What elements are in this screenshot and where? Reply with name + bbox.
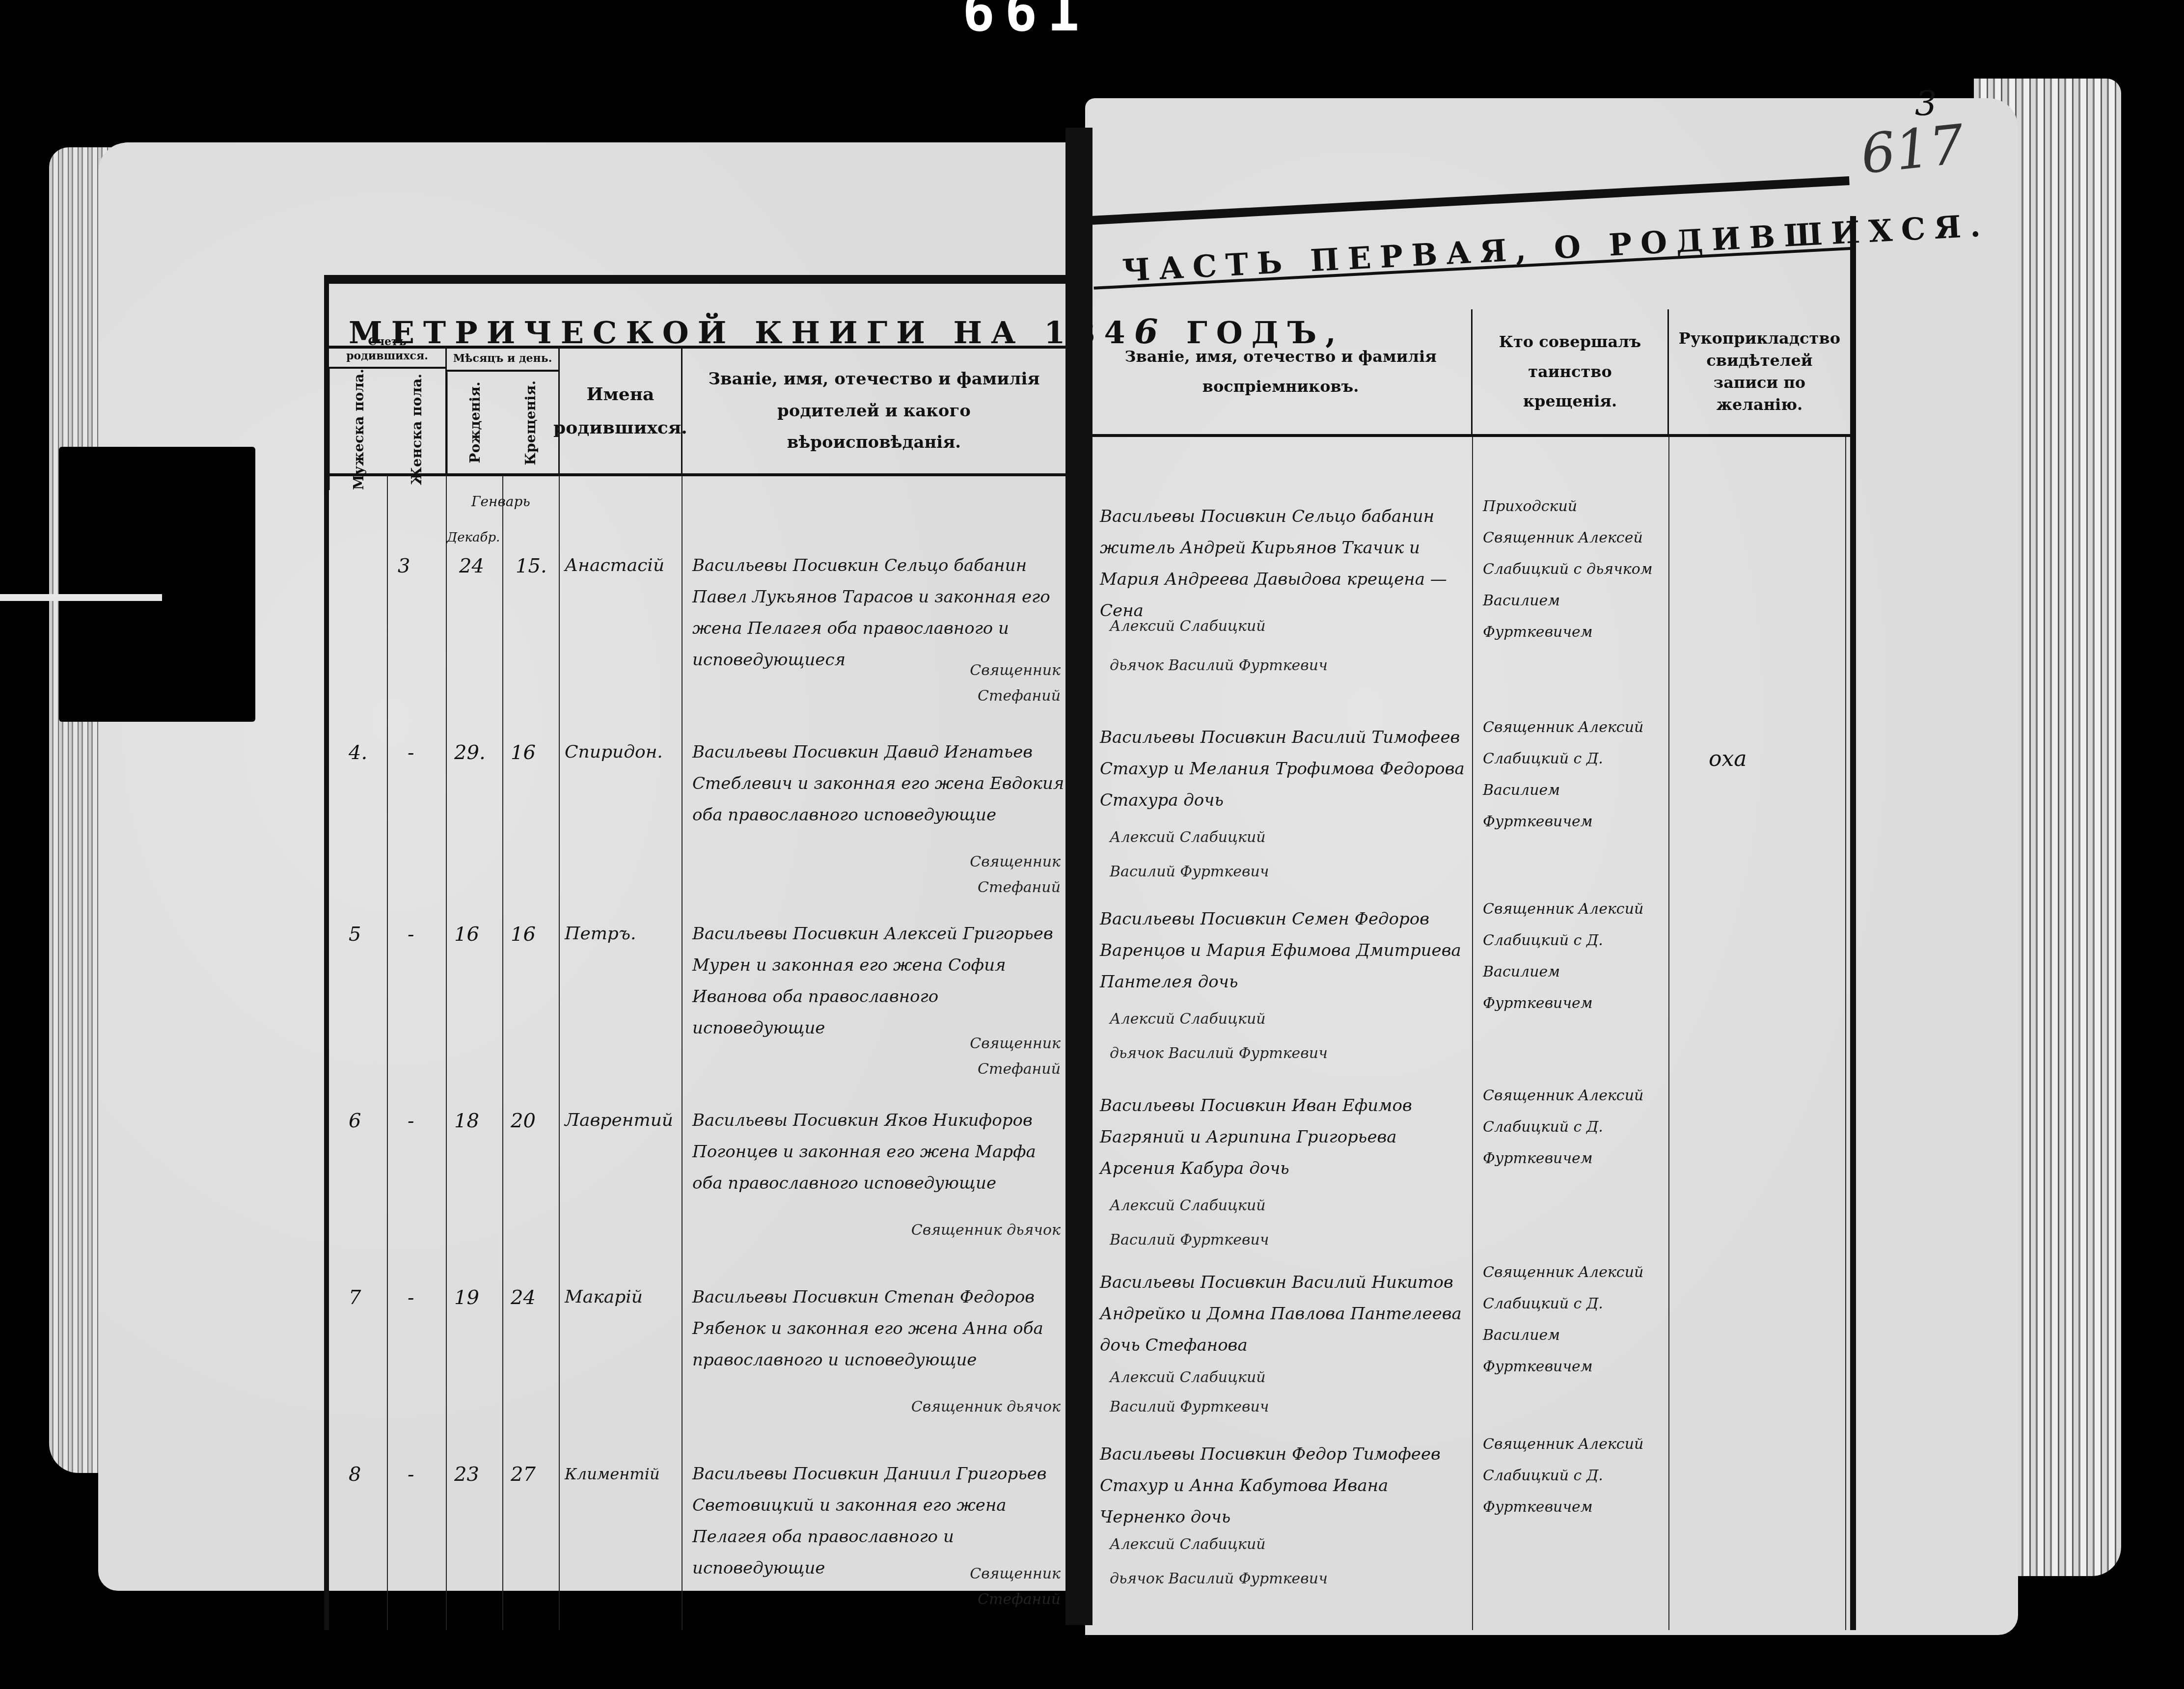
baptism-header: Крещенія. — [503, 372, 559, 473]
entry-male-count: 5 — [349, 923, 361, 946]
male-header: Мужеска пола. — [329, 369, 388, 490]
folio-number: 617 — [1858, 112, 1967, 186]
date-header-group: Мѣсяцъ и день. Рожденія. Крещенія. — [447, 349, 560, 473]
entry-signature: Священник дьячок — [894, 1394, 1061, 1420]
entry-baptism-day: 16 — [511, 923, 536, 946]
godparent-signature: Василий Фурткевич — [1110, 1227, 1404, 1253]
right-header-row: Званіе, имя, отечество и фамилія воспріе… — [1090, 309, 1850, 437]
entry-officiant: Священник Алексий Слабицкий с Д. Василие… — [1483, 894, 1669, 1019]
entry-birth-day: 18 — [454, 1110, 479, 1132]
entry-godparents: Васильевы Посивкин Федор Тимофеев Стахур… — [1100, 1439, 1473, 1533]
entry-godparents: Васильевы Посивкин Семен Федоров Варенцо… — [1100, 903, 1473, 998]
officiant-header: Кто совершалъ таинство крещенія. — [1473, 309, 1669, 434]
parents-header: Званіе, имя, отечество и фамилія родител… — [682, 349, 1065, 473]
entry-baptism-day: 15. — [516, 555, 547, 577]
entry-godparents: Васильевы Посивкин Василий Тимофеев Стах… — [1100, 722, 1473, 816]
left-header-row: Счетъ родившихся. Мужеска пола. Женска п… — [329, 349, 1065, 476]
entry-female-count: - — [408, 1286, 414, 1309]
entry-baptism-day: 27 — [511, 1463, 536, 1486]
female-header: Женска пола. — [388, 369, 446, 490]
entry-parents: Васильевы Посивкин Давид Игнатьев Стебле… — [692, 736, 1065, 831]
microfilm-frame-number: 661 — [962, 0, 1090, 43]
title-prefix: МЕТРИЧЕСКОЙ КНИГИ НА 184 — [349, 315, 1134, 351]
entry-baptism-day: 20 — [511, 1110, 536, 1132]
godparent-signature: дьячок Василий Фурткевич — [1110, 1566, 1404, 1592]
entry-godparents: Васильевы Посивкин Василий Никитов Андре… — [1100, 1267, 1473, 1361]
entry-godparents: Васильевы Посивкин Сельцо бабанин житель… — [1100, 501, 1473, 627]
date-group-label: Мѣсяцъ и день. — [447, 349, 558, 372]
godparents-header: Званіе, имя, отечество и фамилія воспріе… — [1090, 309, 1473, 434]
entry-male-count: 6 — [349, 1110, 361, 1132]
entry-godparents: Васильевы Посивкин Иван Ефимов Багряний … — [1100, 1090, 1473, 1184]
entry-male-count: 8 — [349, 1463, 361, 1486]
right-register-table: ЧАСТЬ ПЕРВАЯ, О РОДИВШИХСЯ. Званіе, имя,… — [1090, 216, 1856, 1630]
godparent-signature: Алексий Слабицкий — [1110, 1532, 1355, 1557]
col-baptism — [503, 476, 560, 1630]
col-blank — [1846, 437, 1850, 1630]
entry-birth-day: 23 — [454, 1463, 479, 1486]
sheet-mark: 3 — [1915, 83, 1937, 124]
col-female — [388, 476, 447, 1630]
entry-female-count: - — [408, 741, 414, 764]
godparent-signature: Алексий Слабицкий — [1110, 825, 1355, 850]
entry-birth-day: 24 — [459, 555, 484, 577]
month-note: Генварь — [471, 486, 530, 518]
count-header-group: Счетъ родившихся. Мужеска пола. Женска п… — [329, 349, 447, 473]
godparent-signature: дьячок Василий Фурткевич — [1110, 653, 1404, 679]
left-register-table: МЕТРИЧЕСКОЙ КНИГИ НА 1846 ГОДЪ, Счетъ ро… — [324, 275, 1065, 1630]
entry-child-name: Климентій — [565, 1458, 682, 1490]
entry-signature: Священник Стефаний — [894, 658, 1061, 709]
entry-birth-day: 29. — [454, 741, 486, 764]
col-male — [329, 476, 388, 1630]
entry-officiant: Священник Алексий Слабицкий с Д. Фурткев… — [1483, 1429, 1669, 1523]
entry-male-count: 3 — [398, 555, 410, 577]
entry-officiant: Приходский Священник Алексей Слабицкий с… — [1483, 491, 1669, 648]
entry-officiant: Священник Алексий Слабицкий с Д. Фурткев… — [1483, 1080, 1669, 1174]
entry-birth-day: 16 — [454, 923, 479, 946]
book-gutter — [1065, 128, 1092, 1625]
entry-parents: Васильевы Посивкин Алексей Григорьев Мур… — [692, 918, 1065, 1044]
entry-female-count: - — [408, 923, 414, 946]
witness-mark: оха — [1709, 746, 1747, 771]
entry-parents: Васильевы Посивкин Сельцо бабанин Павел … — [692, 550, 1065, 676]
godparent-signature: Алексий Слабицкий — [1110, 1193, 1355, 1219]
godparent-signature: Алексий Слабицкий — [1110, 1365, 1355, 1390]
entry-baptism-day: 24 — [511, 1286, 536, 1309]
entry-child-name: Лаврентий — [565, 1105, 682, 1136]
entry-child-name: Петръ. — [565, 918, 682, 950]
witnesses-header: Рукоприкладство свидѣтелей записи по жел… — [1669, 309, 1850, 434]
entry-female-count: - — [408, 1463, 414, 1486]
entry-child-name: Макарій — [565, 1281, 682, 1313]
entry-baptism-day: 16 — [511, 741, 536, 764]
entry-male-count: 7 — [349, 1286, 361, 1309]
birth-header: Рожденія. — [447, 372, 503, 473]
entry-signature: Священник Стефаний — [894, 1561, 1061, 1612]
entry-female-count: - — [408, 1110, 414, 1132]
entry-parents: Васильевы Посивкин Яков Никифоров Погонц… — [692, 1105, 1065, 1199]
clamp-bar — [0, 594, 162, 601]
entry-child-name: Анастасій — [565, 550, 682, 581]
entry-officiant: Священник Алексий Слабицкий с Д. Василие… — [1483, 712, 1669, 838]
godparent-signature: Алексий Слабицкий — [1110, 1007, 1355, 1032]
entry-male-count: 4. — [349, 741, 367, 764]
book-clamp — [59, 447, 255, 722]
col-name — [560, 476, 682, 1630]
godparent-signature: дьячок Василий Фурткевич — [1110, 1041, 1404, 1066]
count-group-label: Счетъ родившихся. — [329, 332, 445, 369]
entry-birth-month: Декабр. — [447, 530, 500, 545]
entry-officiant: Священник Алексий Слабицкий с Д. Василие… — [1483, 1257, 1669, 1383]
entry-signature: Священник дьячок — [894, 1218, 1061, 1243]
names-header: Имена родившихся. — [560, 349, 682, 473]
col-witnesses — [1669, 437, 1846, 1630]
godparent-signature: Василий Фурткевич — [1110, 859, 1404, 885]
entry-signature: Священник Стефаний — [894, 1031, 1061, 1082]
col-birth — [447, 476, 503, 1630]
entry-parents: Васильевы Посивкин Степан Федоров Рябено… — [692, 1281, 1065, 1376]
entry-child-name: Спиридон. — [565, 736, 682, 768]
entry-birth-day: 19 — [454, 1286, 479, 1309]
godparent-signature: Василий Фурткевич — [1110, 1394, 1404, 1420]
entry-signature: Священник Стефаний — [894, 849, 1061, 900]
godparent-signature: Алексий Слабицкий — [1110, 614, 1355, 639]
